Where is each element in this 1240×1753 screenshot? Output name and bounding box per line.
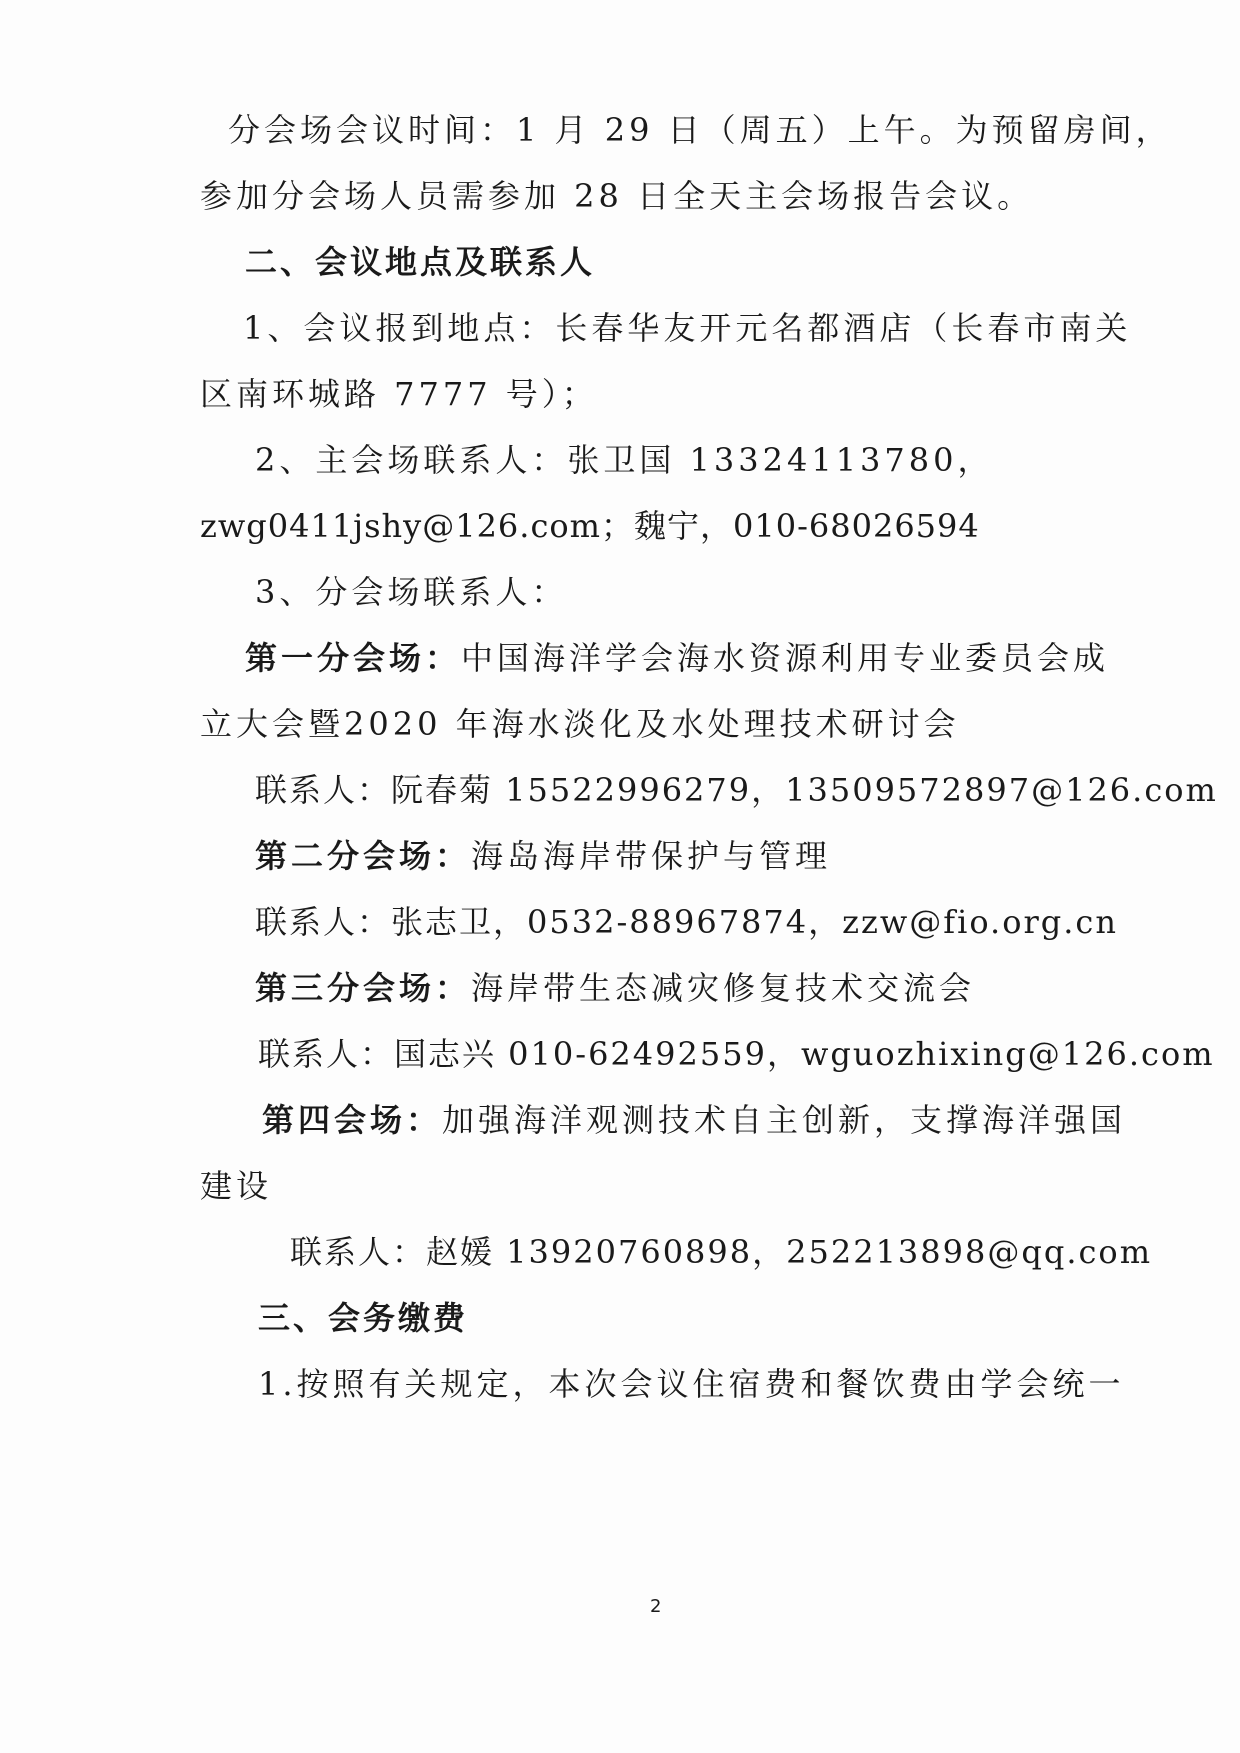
venue-4-contact: 联系人：赵媛 13920760898，252213898@qq.com [290,1232,1152,1272]
venue-1-contact: 联系人：阮春菊 15522996279，13509572897@126.com [255,770,1218,810]
venue-2-contact: 联系人：张志卫，0532-88967874，zzw@fio.org.cn [255,902,1118,942]
main-venue-contact-text-cont: zwg0411jshy@126.com；魏宁，010-68026594 [200,506,980,546]
document-page: 分会场会议时间：1 月 29 日（周五）上午。为预留房间， 参加分会场人员需参加… [0,0,1240,1753]
venue-3-contact: 联系人：国志兴 010-62492559，wguozhixing@126.com [258,1034,1215,1074]
venue-1-title-text: 中国海洋学会海水资源利用专业委员会成 [461,639,1109,677]
venue-2-label: 第二分会场： [255,837,471,875]
venue-3-title: 第三分会场：海岸带生态减灾修复技术交流会 [255,968,975,1008]
fee-text: 1.按照有关规定，本次会议住宿费和餐饮费由学会统一 [258,1364,1125,1404]
sub-venue-contacts-label: 3、分会场联系人： [255,572,567,612]
venue-4-title-text: 加强海洋观测技术自主创新，支撑海洋强国 [442,1101,1126,1139]
venue-address-text-cont: 区南环城路 7777 号）； [200,374,598,414]
venue-2-title-text: 海岛海岸带保护与管理 [471,837,831,875]
venue-3-title-text: 海岸带生态减灾修复技术交流会 [471,969,975,1007]
section-heading-fees: 三、会务缴费 [258,1298,468,1338]
venue-3-label: 第三分会场： [255,969,471,1007]
main-venue-contact-text: 2、主会场联系人：张卫国 13324113780， [255,440,994,480]
venue-1-title: 第一分会场：中国海洋学会海水资源利用专业委员会成 [245,638,1109,678]
session-time-text-cont: 参加分会场人员需参加 28 日全天主会场报告会议。 [200,176,1033,216]
page-number: 2 [650,1596,661,1617]
session-time-text: 分会场会议时间：1 月 29 日（周五）上午。为预留房间， [228,110,1172,150]
venue-1-label: 第一分会场： [245,639,461,677]
venue-4-title: 第四会场：加强海洋观测技术自主创新，支撑海洋强国 [262,1100,1126,1140]
section-heading-venue-contacts: 二、会议地点及联系人 [245,242,595,282]
venue-address-text: 1、会议报到地点：长春华友开元名都酒店（长春市南关 [243,308,1131,348]
venue-1-title-cont: 立大会暨2020 年海水淡化及水处理技术研讨会 [200,704,960,744]
venue-4-label: 第四会场： [262,1101,442,1139]
venue-2-title: 第二分会场：海岛海岸带保护与管理 [255,836,831,876]
venue-4-title-cont: 建设 [200,1166,272,1206]
